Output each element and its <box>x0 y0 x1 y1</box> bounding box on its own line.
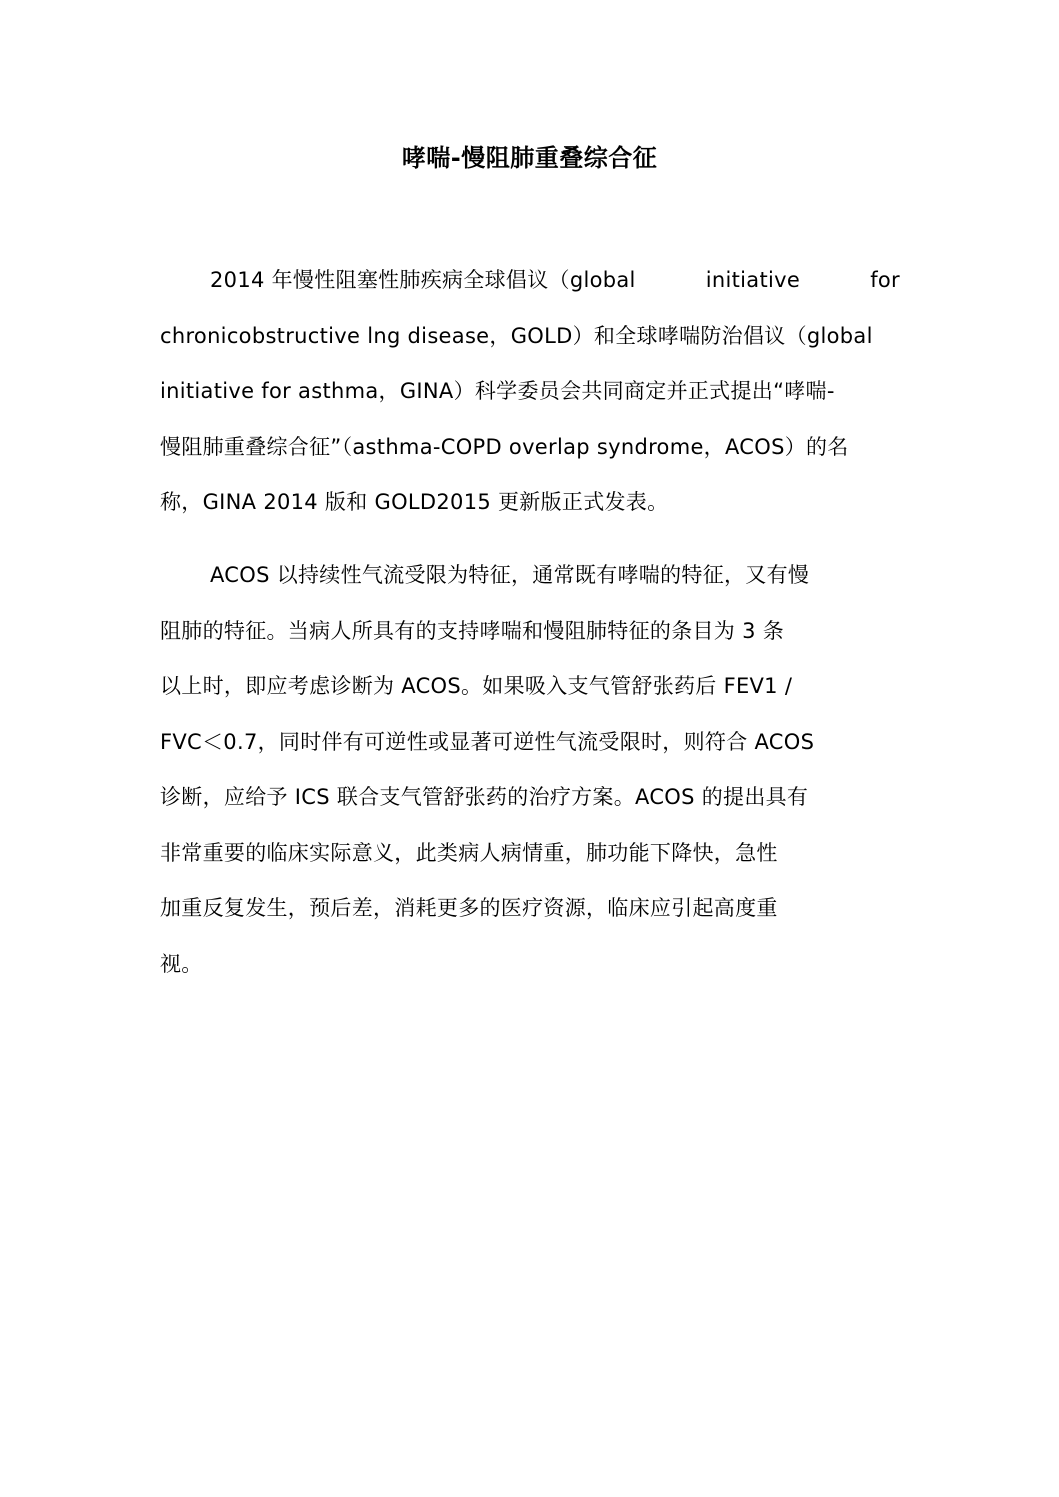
paragraph-2-line-2: 阻肺的特征。当病人所具有的支持哮喘和慢阻肺特征的条目为 3 条 <box>160 616 900 646</box>
document-title: 哮喘-慢阻肺重叠综合征 <box>0 140 1059 176</box>
paragraph-2-line-8: 视。 <box>160 949 900 979</box>
paragraph-2-line-6: 非常重要的临床实际意义，此类病人病情重，肺功能下降快，急性 <box>160 838 900 868</box>
line-segment: for <box>870 265 900 295</box>
paragraph-2-line-1: ACOS 以持续性气流受限为特征，通常既有哮喘的特征，又有慢 <box>210 560 900 590</box>
paragraph-2-line-5: 诊断，应给予 ICS 联合支气管舒张药的治疗方案。ACOS 的提出具有 <box>160 782 900 812</box>
paragraph-1-line-5: 称，GINA 2014 版和 GOLD2015 更新版正式发表。 <box>160 487 900 517</box>
paragraph-2-line-7: 加重反复发生，预后差，消耗更多的医疗资源，临床应引起高度重 <box>160 893 900 923</box>
paragraph-1-line-4: 慢阻肺重叠综合征”（asthma-COPD overlap syndrome，A… <box>160 432 900 462</box>
document-page: 哮喘-慢阻肺重叠综合征 2014 年慢性阻塞性肺疾病全球倡议（global in… <box>0 0 1059 1497</box>
paragraph-1-line-2: chronicobstructive lng disease，GOLD）和全球哮… <box>160 321 900 351</box>
line-segment: 2014 年慢性阻塞性肺疾病全球倡议（global <box>210 265 636 295</box>
paragraph-1-line-3: initiative for asthma，GINA）科学委员会共同商定并正式提… <box>160 376 900 406</box>
paragraph-1-line-1: 2014 年慢性阻塞性肺疾病全球倡议（global initiative for <box>210 265 900 295</box>
paragraph-2-line-3: 以上时，即应考虑诊断为 ACOS。如果吸入支气管舒张药后 FEV1 / <box>160 671 900 701</box>
line-segment: initiative <box>706 265 800 295</box>
paragraph-2-line-4: FVC＜0.7，同时伴有可逆性或显著可逆性气流受限时，则符合 ACOS <box>160 727 900 757</box>
